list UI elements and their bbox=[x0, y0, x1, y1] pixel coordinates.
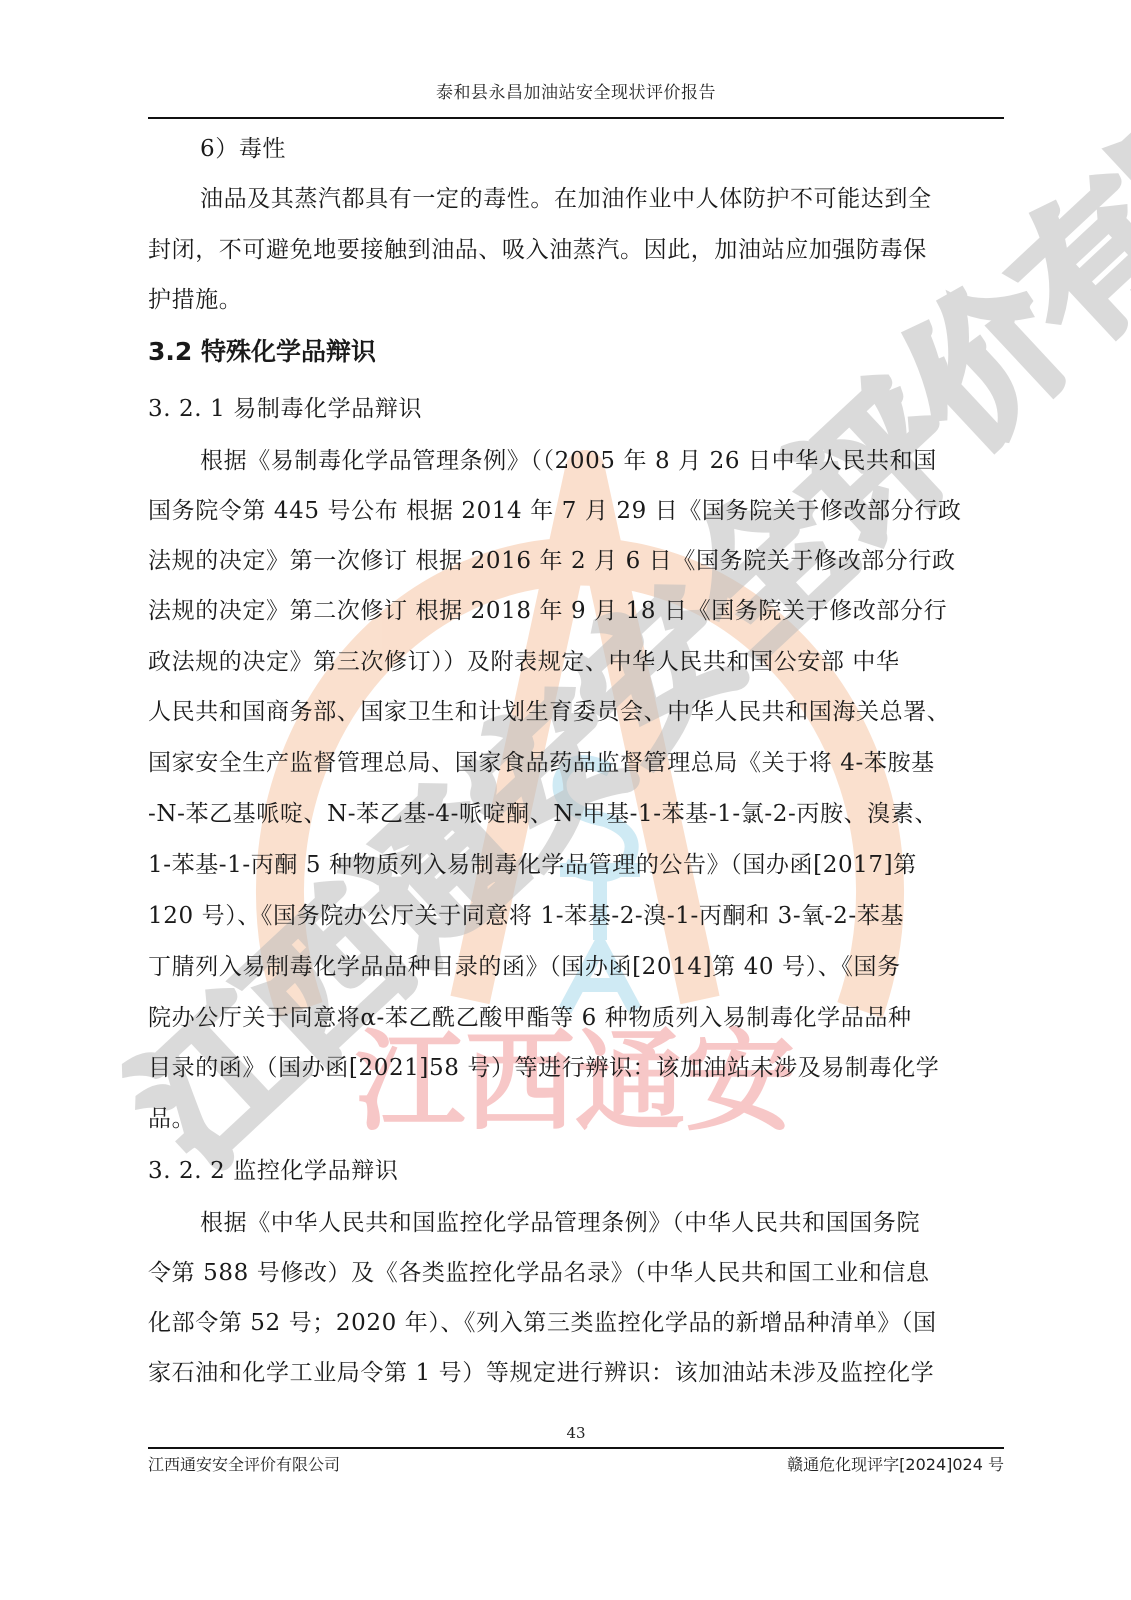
paragraph-line: 化部令第 52 号；2020 年）、《列入第三类监控化学品的新增品种清单》（国 bbox=[148, 1308, 1004, 1338]
footer-company: 江西通安安全评价有限公司 bbox=[148, 1452, 340, 1475]
section-heading-3-2: 3.2 特殊化学品辩识 bbox=[148, 337, 1004, 367]
paragraph-line: 1-苯基-1-丙酮 5 种物质列入易制毒化学品管理的公告》（国办函[2017]第 bbox=[148, 850, 1004, 880]
paragraph-line: 根据《易制毒化学品管理条例》（（2005 年 8 月 26 日中华人民共和国 bbox=[200, 446, 1004, 476]
footer-document-number: 赣通危化现评字[2024]024 号 bbox=[787, 1452, 1004, 1475]
paragraph-line: 品。 bbox=[148, 1104, 1004, 1134]
paragraph-line: 院办公厅关于同意将α-苯乙酰乙酸甲酯等 6 种物质列入易制毒化学品品种 bbox=[148, 1003, 1004, 1033]
paragraph-line: 法规的决定》第一次修订 根据 2016 年 2 月 6 日《国务院关于修改部分行… bbox=[148, 546, 1004, 576]
paragraph-line: 护措施。 bbox=[148, 285, 1004, 315]
paragraph-line: 根据《中华人民共和国监控化学品管理条例》（中华人民共和国国务院 bbox=[200, 1208, 1004, 1238]
document-page: 江西通安 江西通安安全评价有限公司 泰和县永昌加油站安全现状评价报告 6）毒性 … bbox=[0, 0, 1131, 1600]
paragraph-line: -N-苯乙基哌啶、N-苯乙基-4-哌啶酮、N-甲基-1-苯基-1-氯-2-丙胺、… bbox=[148, 799, 1004, 829]
paragraph-line: 国务院令第 445 号公布 根据 2014 年 7 月 29 日《国务院关于修改… bbox=[148, 496, 1004, 526]
paragraph-line: 家石油和化学工业局令第 1 号）等规定进行辨识：该加油站未涉及监控化学 bbox=[148, 1358, 1004, 1388]
paragraph-line: 封闭，不可避免地要接触到油品、吸入油蒸汽。因此，加油站应加强防毒保 bbox=[148, 235, 1004, 265]
paragraph-line: 120 号）、《国务院办公厅关于同意将 1-苯基-2-溴-1-丙酮和 3-氧-2… bbox=[148, 901, 1004, 931]
paragraph-line: 令第 588 号修改）及《各类监控化学品名录》（中华人民共和国工业和信息 bbox=[148, 1258, 1004, 1288]
subsection-title-toxicity: 6）毒性 bbox=[200, 134, 1004, 164]
running-header-title: 泰和县永昌加油站安全现状评价报告 bbox=[148, 78, 1004, 103]
paragraph-line: 政法规的决定》第三次修订））及附表规定、中华人民共和国公安部 中华 bbox=[148, 647, 1004, 677]
paragraph-line: 丁腈列入易制毒化学品品种目录的函》（国办函[2014]第 40 号）、《国务 bbox=[148, 952, 1004, 982]
paragraph-line: 国家安全生产监督管理总局、国家食品药品监督管理总局《关于将 4-苯胺基 bbox=[148, 748, 1004, 778]
paragraph-line: 人民共和国商务部、国家卫生和计划生育委员会、中华人民共和国海关总署、 bbox=[148, 697, 1004, 727]
paragraph-line: 目录的函》（国办函[2021]58 号）等进行辨识：该加油站未涉及易制毒化学 bbox=[148, 1053, 1004, 1083]
header-divider bbox=[148, 117, 1004, 119]
page-number: 43 bbox=[148, 1424, 1004, 1442]
section-heading-3-2-1: 3. 2. 1 易制毒化学品辩识 bbox=[148, 394, 1004, 424]
section-heading-3-2-2: 3. 2. 2 监控化学品辩识 bbox=[148, 1156, 1004, 1186]
paragraph-line: 油品及其蒸汽都具有一定的毒性。在加油作业中人体防护不可能达到全 bbox=[200, 184, 1004, 214]
paragraph-line: 法规的决定》第二次修订 根据 2018 年 9 月 18 日《国务院关于修改部分… bbox=[148, 596, 1004, 626]
footer-divider bbox=[148, 1447, 1004, 1449]
